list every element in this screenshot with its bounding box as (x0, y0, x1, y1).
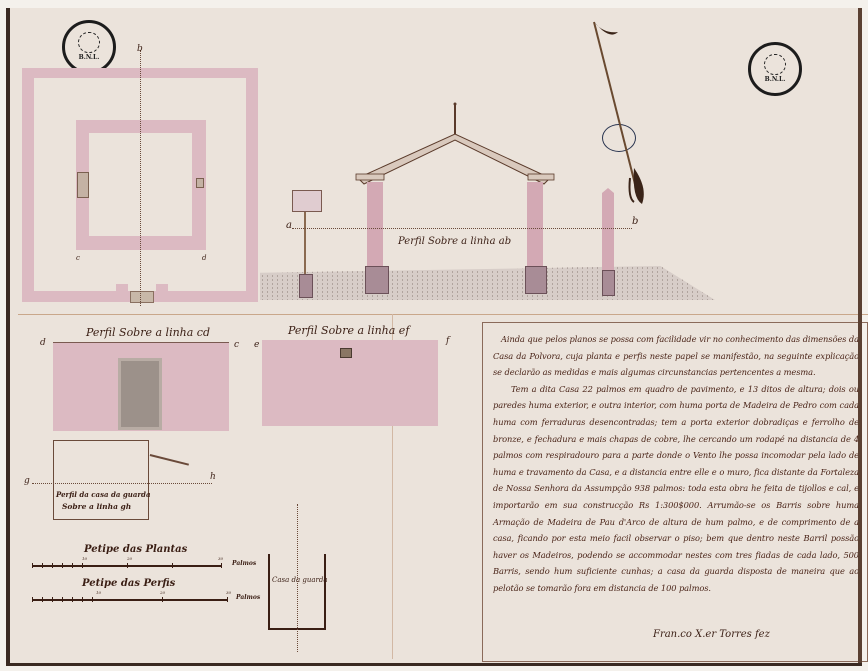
plan-door (77, 172, 89, 198)
label-f: f (446, 336, 449, 346)
point-label-c: c (76, 254, 80, 262)
explanation-paragraph-2: Tem a dita Casa 22 palmos em quadro de p… (493, 381, 859, 597)
scale-profiles-title: Petipe das Perfis (82, 578, 175, 589)
library-stamp-top-right: B.N.L. (748, 42, 802, 96)
label-b: b (632, 216, 638, 227)
label-e: e (254, 340, 259, 350)
library-stamp-top-left: B.N.L. (62, 20, 116, 74)
plan-window (196, 178, 204, 188)
label-a: a (286, 220, 292, 231)
point-label-b: b (137, 44, 143, 54)
drawing-sheet: B.N.L. B.N.L. b c d (6, 8, 862, 666)
section-wall-right (527, 182, 543, 266)
point-label-d: d (202, 254, 206, 262)
sign-post-base (299, 274, 313, 298)
label-g: g (24, 476, 30, 486)
flag-pole-icon (580, 18, 660, 208)
label-c: c (234, 340, 239, 350)
line-gh (32, 483, 212, 484)
entrance-gap (130, 291, 154, 303)
scale-plants-title: Petipe das Plantas (84, 544, 187, 555)
foundation-right (525, 266, 547, 294)
scale-profiles-unit: Palmos (236, 594, 260, 601)
scale-plants-unit: Palmos (232, 560, 256, 567)
vent-ef (340, 348, 352, 358)
boundary-post-base (602, 270, 615, 296)
roof (350, 102, 560, 188)
sign-board (292, 190, 322, 212)
door-cd (118, 358, 162, 430)
line-ab (292, 228, 632, 229)
profile-ef-title: Perfil Sobre a linha ef (288, 324, 409, 337)
profile-gh-title-2: Sobre a linha gh (62, 502, 131, 511)
guard-axis (297, 504, 298, 652)
scale-bar-plants (32, 565, 222, 570)
label-h: h (210, 472, 216, 482)
guard-roof-eave (150, 454, 189, 465)
explanation-paragraph-1: Ainda que pelos planos se possa com faci… (493, 331, 859, 381)
guard-house-label: Casa da guarda (272, 576, 328, 584)
axis-line (140, 50, 141, 306)
profile-cd-title: Perfil Sobre a linha cd (86, 326, 210, 339)
explanation-text-panel: Ainda que pelos planos se possa com faci… (482, 322, 868, 662)
label-d: d (40, 338, 46, 348)
section-ab-title: Perfil Sobre a linha ab (398, 236, 511, 247)
frame-line-horizontal (18, 314, 868, 315)
sign-post (304, 212, 306, 274)
ground-section (260, 266, 715, 300)
profile-gh-title-1: Perfil da casa da guarda (56, 490, 151, 499)
signature: Fran.co X.er Torres fez (653, 629, 770, 640)
foundation-left (365, 266, 389, 294)
section-wall-left (367, 182, 383, 266)
scale-bar-profiles (32, 599, 228, 604)
